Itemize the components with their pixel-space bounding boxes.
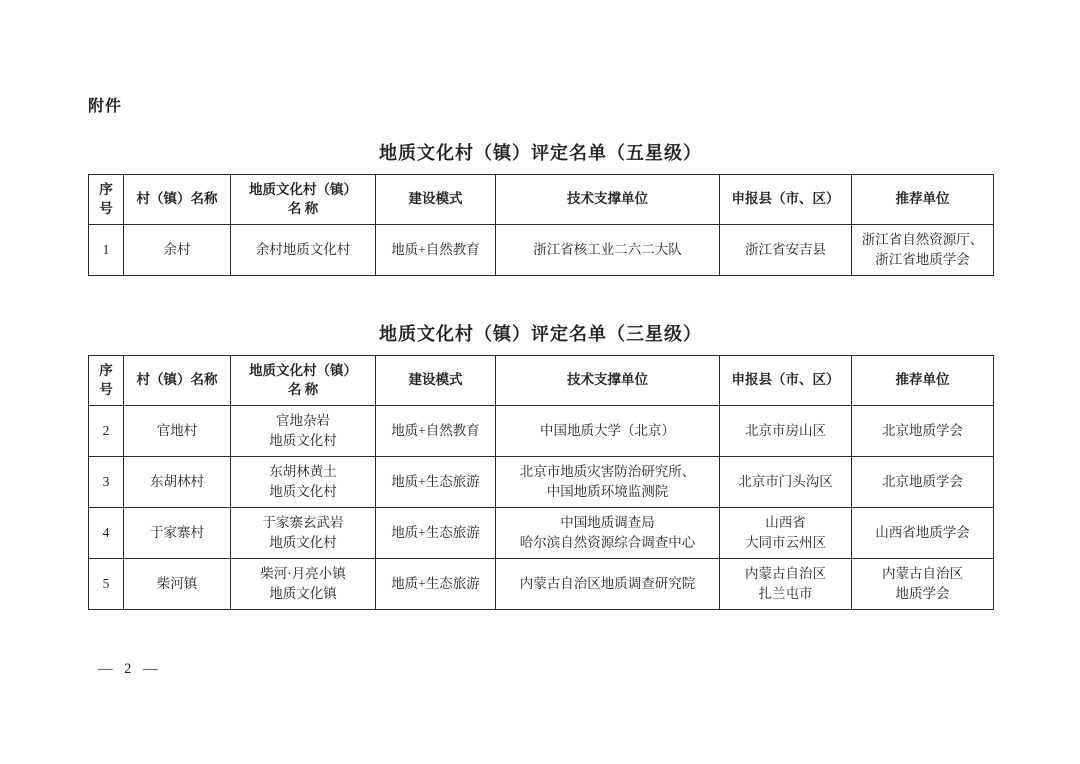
- column-header: 技术支撑单位: [496, 356, 720, 406]
- table-cell: 3: [89, 457, 124, 508]
- table-cell: 官地村: [124, 406, 231, 457]
- table-cell: 4: [89, 508, 124, 559]
- table-cell: 北京市房山区: [720, 406, 852, 457]
- column-header: 申报县（市、区）: [720, 356, 852, 406]
- table-cell: 于家寨村: [124, 508, 231, 559]
- table-cell: 山西省 大同市云州区: [720, 508, 852, 559]
- column-header: 地质文化村（镇） 名 称: [231, 175, 376, 225]
- table-cell: 东胡林村: [124, 457, 231, 508]
- table-cell: 官地杂岩 地质文化村: [231, 406, 376, 457]
- column-header: 序 号: [89, 175, 124, 225]
- table-row: 5柴河镇柴河·月亮小镇 地质文化镇地质+生态旅游内蒙古自治区地质调查研究院内蒙古…: [89, 559, 994, 610]
- table-row: 3东胡林村东胡林黄土 地质文化村地质+生态旅游北京市地质灾害防治研究所、 中国地…: [89, 457, 994, 508]
- table-cell: 东胡林黄土 地质文化村: [231, 457, 376, 508]
- table-cell: 5: [89, 559, 124, 610]
- table-cell: 余村: [124, 225, 231, 276]
- table-cell: 柴河·月亮小镇 地质文化镇: [231, 559, 376, 610]
- header-row: 序 号村（镇）名称地质文化村（镇） 名 称建设模式技术支撑单位申报县（市、区）推…: [89, 175, 994, 225]
- table-cell: 北京市地质灾害防治研究所、 中国地质环境监测院: [496, 457, 720, 508]
- three-star-table-title: 地质文化村（镇）评定名单（三星级）: [88, 320, 993, 346]
- column-header: 建设模式: [376, 356, 496, 406]
- table-cell: 地质+生态旅游: [376, 508, 496, 559]
- table-cell: 内蒙古自治区地质调查研究院: [496, 559, 720, 610]
- table-cell: 北京地质学会: [852, 457, 994, 508]
- table-cell: 地质+自然教育: [376, 225, 496, 276]
- table-cell: 地质+生态旅游: [376, 559, 496, 610]
- table-cell: 余村地质文化村: [231, 225, 376, 276]
- table-cell: 浙江省核工业二六二大队: [496, 225, 720, 276]
- column-header: 技术支撑单位: [496, 175, 720, 225]
- table-cell: 浙江省自然资源厅、 浙江省地质学会: [852, 225, 994, 276]
- table-cell: 内蒙古自治区 地质学会: [852, 559, 994, 610]
- column-header: 建设模式: [376, 175, 496, 225]
- five-star-table: 序 号村（镇）名称地质文化村（镇） 名 称建设模式技术支撑单位申报县（市、区）推…: [88, 174, 994, 276]
- table-cell: 1: [89, 225, 124, 276]
- column-header: 推荐单位: [852, 356, 994, 406]
- table-row: 2官地村官地杂岩 地质文化村地质+自然教育中国地质大学（北京）北京市房山区北京地…: [89, 406, 994, 457]
- table-cell: 浙江省安吉县: [720, 225, 852, 276]
- three-star-table: 序 号村（镇）名称地质文化村（镇） 名 称建设模式技术支撑单位申报县（市、区）推…: [88, 355, 994, 610]
- table-cell: 山西省地质学会: [852, 508, 994, 559]
- table-body: 2官地村官地杂岩 地质文化村地质+自然教育中国地质大学（北京）北京市房山区北京地…: [89, 406, 994, 610]
- table-body: 1余村余村地质文化村地质+自然教育浙江省核工业二六二大队浙江省安吉县浙江省自然资…: [89, 225, 994, 276]
- table-cell: 北京市门头沟区: [720, 457, 852, 508]
- column-header: 推荐单位: [852, 175, 994, 225]
- page-number: — 2 —: [88, 661, 993, 678]
- column-header: 申报县（市、区）: [720, 175, 852, 225]
- table-cell: 中国地质调查局 哈尔滨自然资源综合调查中心: [496, 508, 720, 559]
- table-cell: 北京地质学会: [852, 406, 994, 457]
- three-star-section: 地质文化村（镇）评定名单（三星级） 序 号村（镇）名称地质文化村（镇） 名 称建…: [88, 320, 993, 610]
- table-cell: 地质+生态旅游: [376, 457, 496, 508]
- column-header: 地质文化村（镇） 名 称: [231, 356, 376, 406]
- table-cell: 柴河镇: [124, 559, 231, 610]
- document-page: 附件 地质文化村（镇）评定名单（五星级） 序 号村（镇）名称地质文化村（镇） 名…: [0, 0, 1080, 764]
- five-star-table-title: 地质文化村（镇）评定名单（五星级）: [88, 139, 993, 165]
- column-header: 村（镇）名称: [124, 175, 231, 225]
- table-row: 1余村余村地质文化村地质+自然教育浙江省核工业二六二大队浙江省安吉县浙江省自然资…: [89, 225, 994, 276]
- table-cell: 地质+自然教育: [376, 406, 496, 457]
- table-header: 序 号村（镇）名称地质文化村（镇） 名 称建设模式技术支撑单位申报县（市、区）推…: [89, 356, 994, 406]
- table-cell: 于家寨玄武岩 地质文化村: [231, 508, 376, 559]
- header-row: 序 号村（镇）名称地质文化村（镇） 名 称建设模式技术支撑单位申报县（市、区）推…: [89, 356, 994, 406]
- five-star-section: 地质文化村（镇）评定名单（五星级） 序 号村（镇）名称地质文化村（镇） 名 称建…: [88, 139, 993, 276]
- table-header: 序 号村（镇）名称地质文化村（镇） 名 称建设模式技术支撑单位申报县（市、区）推…: [89, 175, 994, 225]
- table-cell: 2: [89, 406, 124, 457]
- column-header: 序 号: [89, 356, 124, 406]
- attachment-label: 附件: [88, 0, 993, 116]
- column-header: 村（镇）名称: [124, 356, 231, 406]
- table-cell: 内蒙古自治区 扎兰屯市: [720, 559, 852, 610]
- table-cell: 中国地质大学（北京）: [496, 406, 720, 457]
- table-row: 4于家寨村于家寨玄武岩 地质文化村地质+生态旅游中国地质调查局 哈尔滨自然资源综…: [89, 508, 994, 559]
